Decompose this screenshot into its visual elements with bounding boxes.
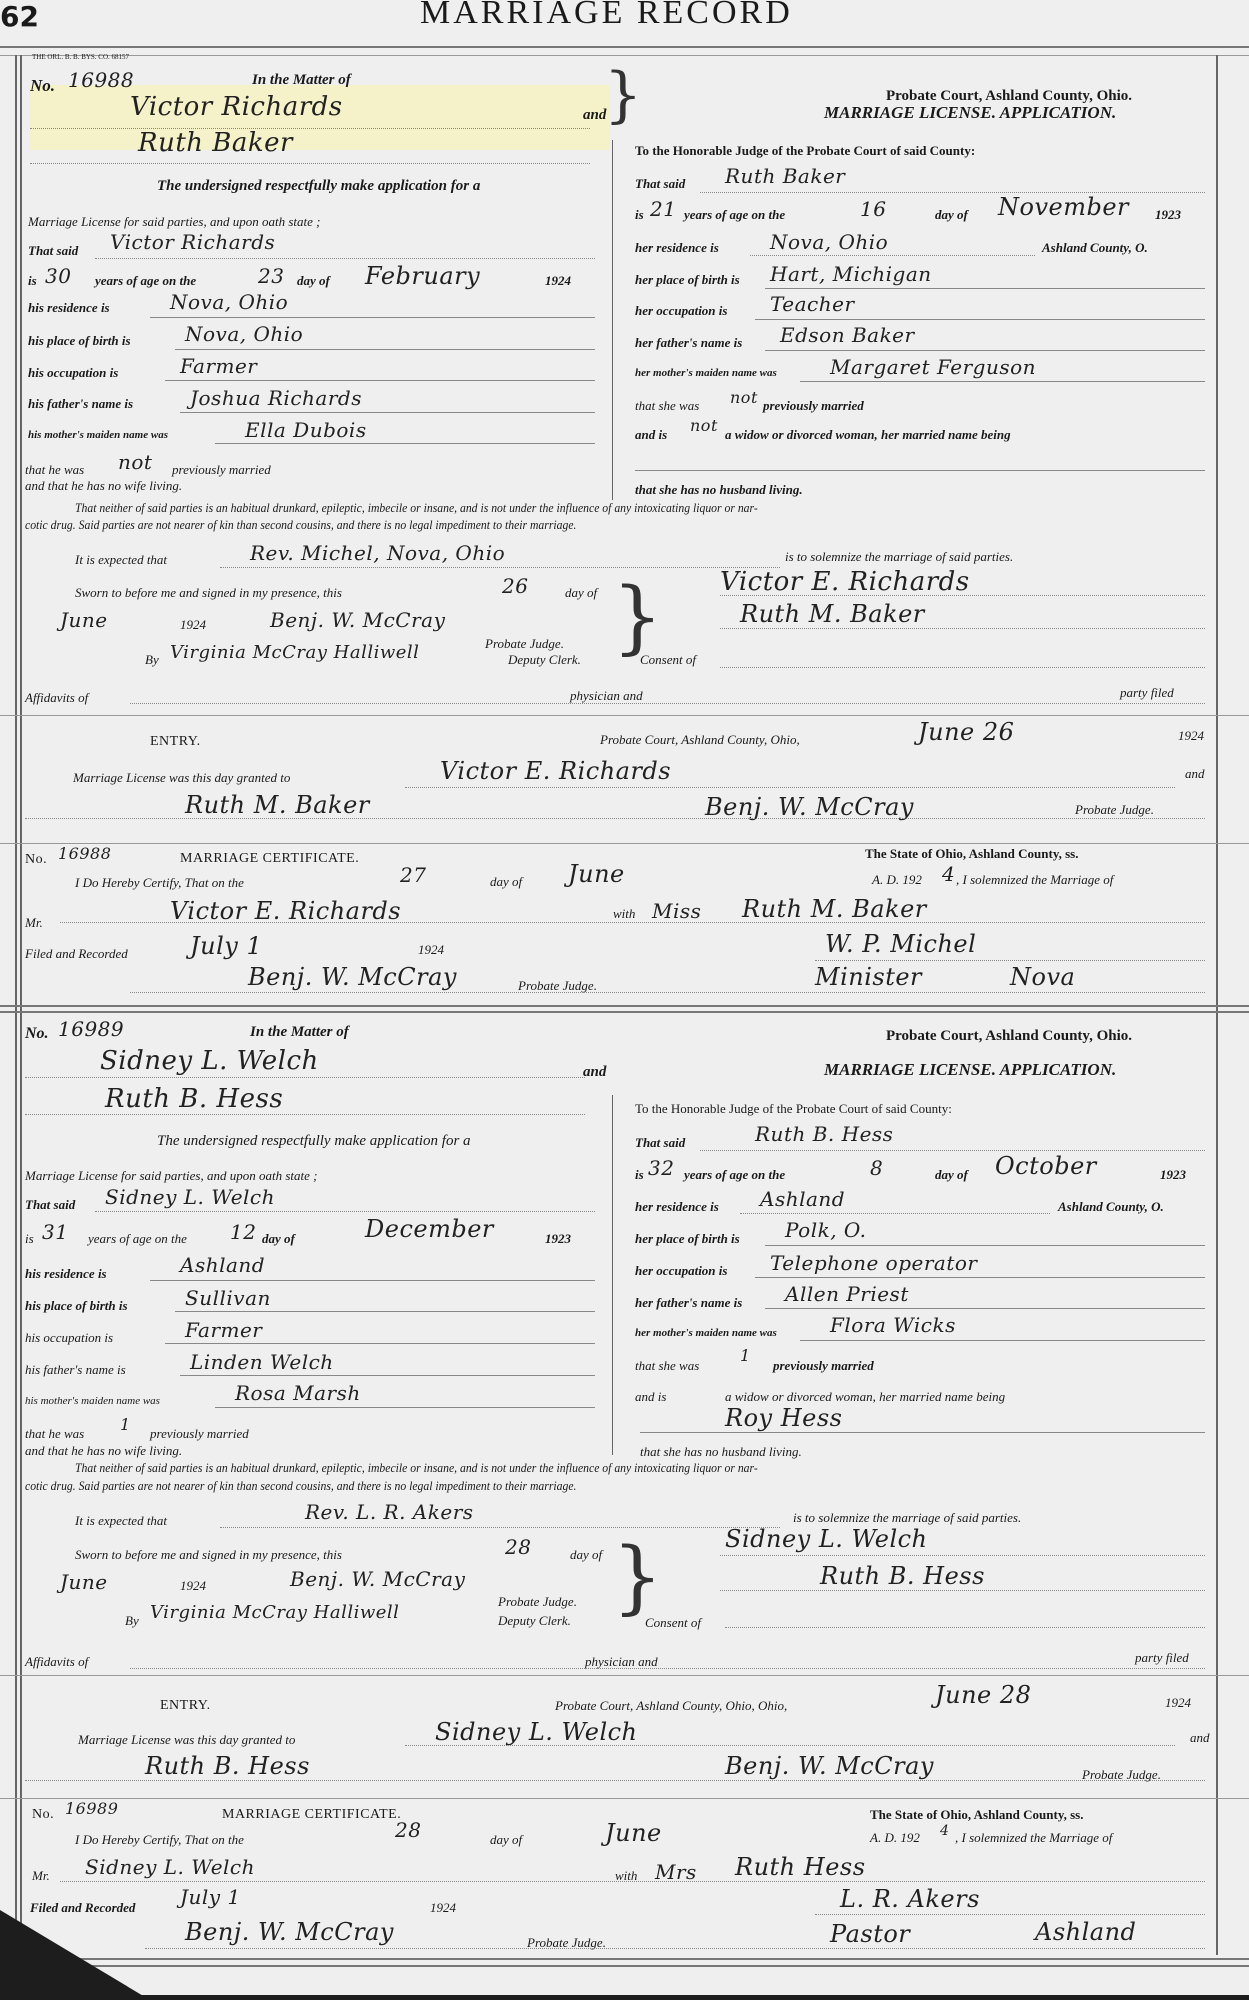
- sworn-month: June: [60, 608, 108, 632]
- certificate-bride: Ruth M. Baker: [742, 895, 927, 923]
- bride-day: 16: [860, 197, 886, 221]
- groom-day: 23: [258, 264, 284, 288]
- entry-court: Probate Court, Ashland County, Ohio,: [600, 732, 800, 748]
- deputy-signature: Virginia McCray Halliwell: [170, 642, 419, 663]
- bride-month: November: [998, 193, 1129, 221]
- bride-birthplace-label: her place of birth is: [635, 1231, 740, 1247]
- brace: }: [604, 60, 642, 130]
- groom-age-prefix: is: [25, 1231, 34, 1247]
- groom-year: 1924: [545, 273, 571, 289]
- certificate-month: June: [605, 1819, 662, 1847]
- groom-mother: Rosa Marsh: [235, 1381, 361, 1405]
- groom-age-prefix: is: [28, 273, 37, 289]
- matter-groom-name: Victor Richards: [130, 92, 343, 122]
- matter-bride-name: Ruth Baker: [138, 128, 293, 158]
- bride-widow-prefix: and is: [635, 427, 667, 443]
- entry-judge-title: Probate Judge.: [1075, 802, 1154, 818]
- groom-prev-married: 1: [120, 1415, 131, 1434]
- license-line: Marriage License for said parties, and u…: [28, 214, 321, 230]
- bride-birthplace: Polk, O.: [785, 1218, 867, 1242]
- bride-residence: Ashland: [760, 1187, 845, 1211]
- page-corner-shadow: [0, 1910, 150, 2000]
- certificate-day: 28: [395, 1818, 421, 1842]
- expected-label: It is expected that: [75, 1513, 167, 1529]
- certificate-state: The State of Ohio, Ashland County, ss.: [870, 1807, 1083, 1823]
- groom-prev-married-prefix: that he was: [25, 1426, 84, 1442]
- applicant-bride-signature: Ruth B. Hess: [820, 1562, 985, 1590]
- groom-day: 12: [230, 1220, 256, 1244]
- sworn-year: 1924: [180, 617, 206, 633]
- deputy-title: Deputy Clerk.: [508, 652, 581, 668]
- entry-bride: Ruth M. Baker: [185, 791, 370, 819]
- groom-father-label: his father's name is: [25, 1362, 126, 1378]
- groom-occupation-label: his occupation is: [28, 365, 118, 381]
- groom-name: Victor Richards: [110, 230, 275, 254]
- filed-year: 1924: [430, 1900, 456, 1916]
- to-judge: To the Honorable Judge of the Probate Co…: [635, 1101, 952, 1117]
- application-number: 16988: [68, 68, 134, 92]
- certificate-title: MARRIAGE CERTIFICATE.: [222, 1807, 401, 1823]
- undersigned-line: The undersigned respectfully make applic…: [157, 1133, 471, 1150]
- certificate-number: 16989: [65, 1799, 118, 1818]
- certificate-officiant-place: Ashland: [1035, 1918, 1136, 1946]
- entry-label: ENTRY.: [160, 1698, 211, 1714]
- in-matter-of: In the Matter of: [250, 1024, 349, 1041]
- groom-birthplace: Sullivan: [185, 1286, 271, 1310]
- groom-day-of: day of: [262, 1231, 295, 1247]
- bride-year: 1923: [1160, 1167, 1186, 1183]
- groom-month: December: [365, 1215, 494, 1243]
- bride-occupation: Telephone operator: [770, 1251, 977, 1275]
- groom-father: Linden Welch: [190, 1350, 334, 1374]
- certificate-ad-label: A. D. 192: [870, 1830, 920, 1846]
- groom-father-label: his father's name is: [28, 396, 133, 412]
- bride-age: 32: [648, 1156, 674, 1180]
- certificate-officiant-signature: W. P. Michel: [825, 930, 976, 958]
- bride-day: 8: [870, 1156, 883, 1180]
- certificate-solemnized: , I solemnized the Marriage of: [956, 872, 1113, 888]
- bride-day-of: day of: [935, 1167, 968, 1183]
- application-number-label: No.: [30, 76, 55, 96]
- record-page: 62 MARRIAGE RECORD THE ORL. B. B. BYS. C…: [0, 0, 1249, 2000]
- groom-residence: Nova, Ohio: [170, 290, 288, 314]
- bride-widow-prefix: and is: [635, 1389, 666, 1405]
- certificate-number: 16988: [58, 844, 111, 863]
- certificate-year-digit: 4: [942, 862, 955, 886]
- groom-month: February: [365, 262, 480, 290]
- groom-year: 1923: [545, 1231, 571, 1247]
- certificate-mr-label: Mr.: [25, 915, 43, 931]
- bride-county: Ashland County, O.: [1058, 1199, 1164, 1215]
- bride-residence-label: her residence is: [635, 240, 719, 256]
- entry-year: 1924: [1165, 1695, 1191, 1711]
- certificate-officiant-place: Nova: [1010, 963, 1075, 991]
- filed-year: 1924: [418, 942, 444, 958]
- sworn-judge-signature: Benj. W. McCray: [270, 608, 445, 632]
- column-divider-1: [612, 140, 613, 500]
- oath-line-2: cotic drug. Said parties are not nearer …: [25, 1478, 576, 1494]
- groom-age-mid: years of age on the: [88, 1231, 187, 1247]
- bride-married-name: Roy Hess: [725, 1404, 842, 1432]
- bride-prev-married-prefix: that she was: [635, 398, 699, 414]
- party-filed-label: party filed: [1135, 1650, 1189, 1666]
- form-title: MARRIAGE LICENSE. APPLICATION.: [824, 103, 1116, 123]
- printer-mark: THE ORL. B. B. BYS. CO. 68157: [32, 53, 129, 61]
- filed-label: Filed and Recorded: [25, 946, 128, 962]
- groom-occupation-label: his occupation is: [25, 1330, 113, 1346]
- groom-residence: Ashland: [180, 1253, 265, 1277]
- entry-and: and: [1185, 766, 1205, 782]
- certificate-year-digit: 4: [940, 1823, 949, 1839]
- bride-occupation-label: her occupation is: [635, 1263, 727, 1279]
- certificate-title: MARRIAGE CERTIFICATE.: [180, 851, 359, 867]
- officiant: Rev. Michel, Nova, Ohio: [250, 541, 505, 565]
- entry-granted-label: Marriage License was this day granted to: [73, 770, 290, 786]
- by-label: By: [125, 1613, 139, 1629]
- license-line: Marriage License for said parties, and u…: [25, 1168, 318, 1184]
- applicant-bride-signature: Ruth M. Baker: [740, 600, 925, 628]
- sworn-day: 28: [505, 1535, 531, 1559]
- sworn-day: 26: [502, 574, 528, 598]
- certificate-judge-signature: Benj. W. McCray: [185, 1918, 394, 1946]
- entry-groom: Victor E. Richards: [440, 757, 671, 785]
- groom-age: 31: [42, 1220, 68, 1244]
- in-matter-of: In the Matter of: [252, 72, 351, 89]
- bride-mother-label: her mother's maiden name was: [635, 1327, 777, 1339]
- form-title: MARRIAGE LICENSE. APPLICATION.: [824, 1060, 1116, 1080]
- bride-birthplace: Hart, Michigan: [770, 262, 932, 286]
- bride-day-of: day of: [935, 207, 968, 223]
- groom-no-wife: and that he has no wife living.: [25, 478, 182, 494]
- consent-label: Consent of: [645, 1615, 701, 1631]
- bride-residence-label: her residence is: [635, 1199, 719, 1215]
- bride-prev-married-suffix: previously married: [763, 398, 864, 414]
- certificate-state: The State of Ohio, Ashland County, ss.: [865, 846, 1078, 862]
- bride-mother-label: her mother's maiden name was: [635, 367, 777, 379]
- bride-age: 21: [650, 197, 676, 221]
- deputy-signature: Virginia McCray Halliwell: [150, 1602, 399, 1623]
- top-rule: [0, 46, 1249, 48]
- entry-date: June 28: [935, 1681, 1031, 1709]
- sworn-year: 1924: [180, 1578, 206, 1594]
- court-header: Probate Court, Ashland County, Ohio.: [886, 1028, 1132, 1045]
- groom-name: Sidney L. Welch: [105, 1185, 275, 1209]
- entry-label: ENTRY.: [150, 734, 201, 750]
- certificate-number-label: No.: [32, 1807, 54, 1823]
- bride-mother: Margaret Ferguson: [830, 355, 1036, 379]
- solemnize-label: is to solemnize the marriage of said par…: [785, 549, 1013, 565]
- certificate-bride: Ruth Hess: [735, 1853, 866, 1881]
- deputy-title: Deputy Clerk.: [498, 1613, 571, 1629]
- entry-year: 1924: [1178, 728, 1204, 744]
- sworn-day-of: day of: [570, 1547, 602, 1563]
- certificate-groom: Sidney L. Welch: [85, 1855, 255, 1879]
- bride-that-said-label: That said: [635, 176, 685, 192]
- certificate-with-label: with: [613, 906, 635, 922]
- oath-line-1: That neither of said parties is an habit…: [75, 500, 758, 516]
- sworn-label: Sworn to before me and signed in my pres…: [75, 1547, 342, 1563]
- sworn-day-of: day of: [565, 585, 597, 601]
- groom-mother-label: his mother's maiden name was: [28, 429, 168, 441]
- entry-date: June 26: [918, 718, 1014, 746]
- entry-granted-label: Marriage License was this day granted to: [78, 1732, 295, 1748]
- bride-month: October: [995, 1152, 1097, 1180]
- bride-father-label: her father's name is: [635, 335, 742, 351]
- groom-birthplace: Nova, Ohio: [185, 322, 303, 346]
- undersigned-line: The undersigned respectfully make applic…: [157, 178, 480, 195]
- groom-residence-label: his residence is: [28, 300, 110, 316]
- record-separator: [0, 1005, 1249, 1007]
- matter-and: and: [583, 107, 606, 124]
- groom-father: Joshua Richards: [190, 386, 362, 410]
- certificate-day: 27: [400, 863, 426, 887]
- certificate-mr-label: Mr.: [32, 1868, 50, 1884]
- bride-age-mid: years of age on the: [684, 1167, 785, 1183]
- certificate-day-of: day of: [490, 874, 522, 890]
- certificate-groom: Victor E. Richards: [170, 897, 401, 925]
- certificate-officiant-signature: L. R. Akers: [840, 1885, 980, 1913]
- applicant-groom-signature: Sidney L. Welch: [725, 1525, 928, 1553]
- bride-father: Edson Baker: [780, 323, 915, 347]
- groom-day-of: day of: [297, 273, 330, 289]
- bride-father: Allen Priest: [785, 1282, 909, 1306]
- matter-bride-name: Ruth B. Hess: [105, 1084, 283, 1114]
- sworn-judge-signature: Benj. W. McCray: [290, 1567, 465, 1591]
- groom-age-mid: years of age on the: [95, 273, 196, 289]
- bride-birthplace-label: her place of birth is: [635, 272, 740, 288]
- bride-father-label: her father's name is: [635, 1295, 742, 1311]
- affidavits-label: Affidavits of: [25, 1654, 88, 1670]
- entry-court: Probate Court, Ashland County, Ohio, Ohi…: [555, 1698, 787, 1714]
- certificate-bride-title: Miss: [652, 899, 701, 923]
- groom-prev-married-prefix: that he was: [25, 462, 84, 478]
- bride-no-husband: that she has no husband living.: [640, 1444, 802, 1460]
- filed-date: July 1: [180, 1885, 241, 1909]
- entry-and: and: [1190, 1730, 1210, 1746]
- groom-birthplace-label: his place of birth is: [28, 333, 131, 349]
- page-title: MARRIAGE RECORD: [420, 0, 793, 32]
- top-rule-thin: [0, 55, 1249, 56]
- bride-mother: Flora Wicks: [830, 1313, 956, 1337]
- bride-name: Ruth Baker: [725, 164, 845, 188]
- groom-residence-label: his residence is: [25, 1266, 107, 1282]
- bride-that-said-label: That said: [635, 1135, 685, 1151]
- groom-mother-label: his mother's maiden name was: [25, 1395, 160, 1407]
- groom-birthplace-label: his place of birth is: [25, 1298, 128, 1314]
- officiant: Rev. L. R. Akers: [305, 1500, 474, 1524]
- sworn-month: June: [60, 1570, 108, 1594]
- groom-prev-married-suffix: previously married: [150, 1426, 249, 1442]
- page-bottom-edge: [0, 1995, 1249, 2000]
- bride-age-prefix: is: [635, 1167, 644, 1183]
- groom-prev-married-suffix: previously married: [172, 462, 271, 478]
- bride-age-prefix: is: [635, 207, 644, 223]
- groom-mother: Ella Dubois: [245, 418, 367, 442]
- certificate-judge-signature: Benj. W. McCray: [248, 963, 457, 991]
- groom-age: 30: [45, 264, 71, 288]
- bride-widow-suffix: a widow or divorced woman, her married n…: [725, 427, 1011, 443]
- bride-widow: not: [690, 416, 718, 435]
- party-filed-label: party filed: [1120, 685, 1174, 701]
- certificate-officiant-title: Minister: [815, 963, 922, 991]
- solemnize-label: is to solemnize the marriage of said par…: [793, 1510, 1021, 1526]
- groom-occupation: Farmer: [180, 354, 257, 378]
- bride-county: Ashland County, O.: [1042, 240, 1148, 256]
- applicant-groom-signature: Victor E. Richards: [720, 567, 970, 597]
- bride-residence: Nova, Ohio: [770, 230, 888, 254]
- sworn-judge-title: Probate Judge.: [485, 636, 564, 652]
- bride-occupation-label: her occupation is: [635, 303, 727, 319]
- bride-age-mid: years of age on the: [684, 207, 785, 223]
- affidavits-label: Affidavits of: [25, 690, 88, 706]
- certify-label: I Do Hereby Certify, That on the: [75, 875, 244, 891]
- column-divider-2: [612, 1095, 613, 1455]
- certificate-day-of: day of: [490, 1832, 522, 1848]
- bride-occupation: Teacher: [770, 292, 855, 316]
- bride-name: Ruth B. Hess: [755, 1122, 893, 1146]
- certificate-officiant-title: Pastor: [830, 1920, 910, 1948]
- to-judge: To the Honorable Judge of the Probate Co…: [635, 143, 975, 159]
- certificate-solemnized: , I solemnized the Marriage of: [955, 1830, 1112, 1846]
- groom-that-said-label: That said: [28, 243, 78, 259]
- matter-groom-name: Sidney L. Welch: [100, 1046, 319, 1076]
- application-number: 16989: [58, 1017, 124, 1041]
- bride-widow-suffix: a widow or divorced woman, her married n…: [725, 1389, 1005, 1405]
- application-number-label: No.: [25, 1025, 49, 1043]
- certificate-number-label: No.: [25, 852, 47, 868]
- bride-year: 1923: [1155, 207, 1181, 223]
- bride-prev-married: 1: [740, 1346, 751, 1365]
- filed-date: July 1: [190, 932, 262, 960]
- bride-prev-married: not: [730, 388, 758, 407]
- entry-judge-signature: Benj. W. McCray: [725, 1752, 934, 1780]
- physician-label: physician and: [570, 688, 643, 704]
- by-label: By: [145, 652, 159, 668]
- expected-label: It is expected that: [75, 552, 167, 568]
- groom-occupation: Farmer: [185, 1318, 262, 1342]
- entry-groom: Sidney L. Welch: [435, 1718, 638, 1746]
- certificate-ad-label: A. D. 192: [872, 872, 922, 888]
- bottom-rule: [0, 1958, 1249, 1960]
- sworn-label: Sworn to before me and signed in my pres…: [75, 585, 342, 601]
- entry-judge-signature: Benj. W. McCray: [705, 793, 914, 821]
- groom-prev-married: not: [118, 450, 152, 474]
- groom-no-wife: and that he has no wife living.: [25, 1443, 182, 1459]
- bride-prev-married-prefix: that she was: [635, 1358, 699, 1374]
- groom-that-said-label: That said: [25, 1197, 75, 1213]
- bride-no-husband: that she has no husband living.: [635, 482, 803, 498]
- certificate-month: June: [568, 860, 625, 888]
- bride-prev-married-suffix: previously married: [773, 1358, 874, 1374]
- oath-line-1: That neither of said parties is an habit…: [75, 1460, 758, 1476]
- page-number: 62: [0, 0, 39, 33]
- consent-label: Consent of: [640, 652, 696, 668]
- certify-label: I Do Hereby Certify, That on the: [75, 1832, 244, 1848]
- entry-bride: Ruth B. Hess: [145, 1752, 310, 1780]
- sworn-judge-title: Probate Judge.: [498, 1594, 577, 1610]
- matter-and: and: [583, 1064, 606, 1081]
- oath-line-2: cotic drug. Said parties are not nearer …: [25, 517, 576, 533]
